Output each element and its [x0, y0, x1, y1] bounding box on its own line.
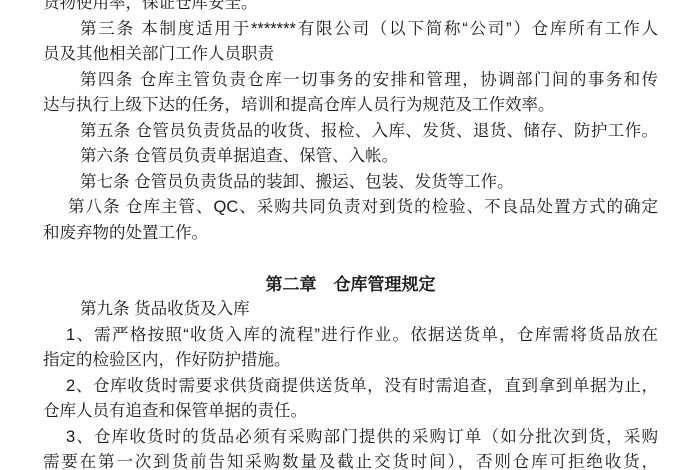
document-line: 和废弃物的处置工作。: [43, 221, 658, 247]
document-body: 货物使用率，保证仓库安全。 第三条 本制度适用于*******有限公司（以下简称…: [43, 0, 658, 470]
document-page: 货物使用率，保证仓库安全。 第三条 本制度适用于*******有限公司（以下简称…: [0, 0, 700, 470]
document-line-article-7: 第七条 仓管员负责货品的装卸、搬运、包装、发货等工作。: [43, 170, 658, 196]
document-line-article-6: 第六条 仓管员负责单据追查、保管、入帐。: [43, 144, 658, 170]
document-line-article-8: 第八条 仓库主管、QC、采购共同负责对到货的检验、不良品处置方式的确定: [43, 195, 658, 221]
document-line-article-4: 第四条 仓库主管负责仓库一切事务的安排和管理，协调部门间的事务和传: [43, 68, 658, 94]
document-line: 达与执行上级下达的任务，培训和提高仓库人员行为规范及工作效率。: [43, 93, 658, 119]
document-line-cut-bottom: 需要在第一次到货前告知采购数量及截止交货时间），否则仓库可拒绝收货，: [43, 450, 658, 470]
document-line-item-1: 1、需严格按照“收货入库的流程”进行作业。依据送货单，仓库需将货品放在: [43, 323, 658, 349]
document-line-item-2: 2、仓库收货时需要求供货商提供送货单，没有时需追查，直到拿到单据为止，: [43, 374, 658, 400]
document-line-article-3: 第三条 本制度适用于*******有限公司（以下简称“公司”）仓库所有工作人: [43, 17, 658, 43]
document-line-article-5: 第五条 仓管员负责货品的收货、报检、入库、发货、退货、储存、防护工作。: [43, 119, 658, 145]
document-line: 员及其他相关部门工作人员职责: [43, 42, 658, 68]
chapter-heading: 第二章 仓库管理规定: [43, 272, 658, 298]
document-blank-line: [43, 246, 658, 272]
document-line: 指定的检验区内，作好防护措施。: [43, 348, 658, 374]
document-line: 仓库人员有追查和保管单据的责任。: [43, 399, 658, 425]
document-line-article-9: 第九条 货品收货及入库: [43, 297, 658, 323]
document-line-cut-top: 货物使用率，保证仓库安全。: [43, 0, 658, 17]
document-line-item-3: 3、仓库收货时的货品必须有采购部门提供的采购订单（如分批次到货，采购: [43, 425, 658, 451]
